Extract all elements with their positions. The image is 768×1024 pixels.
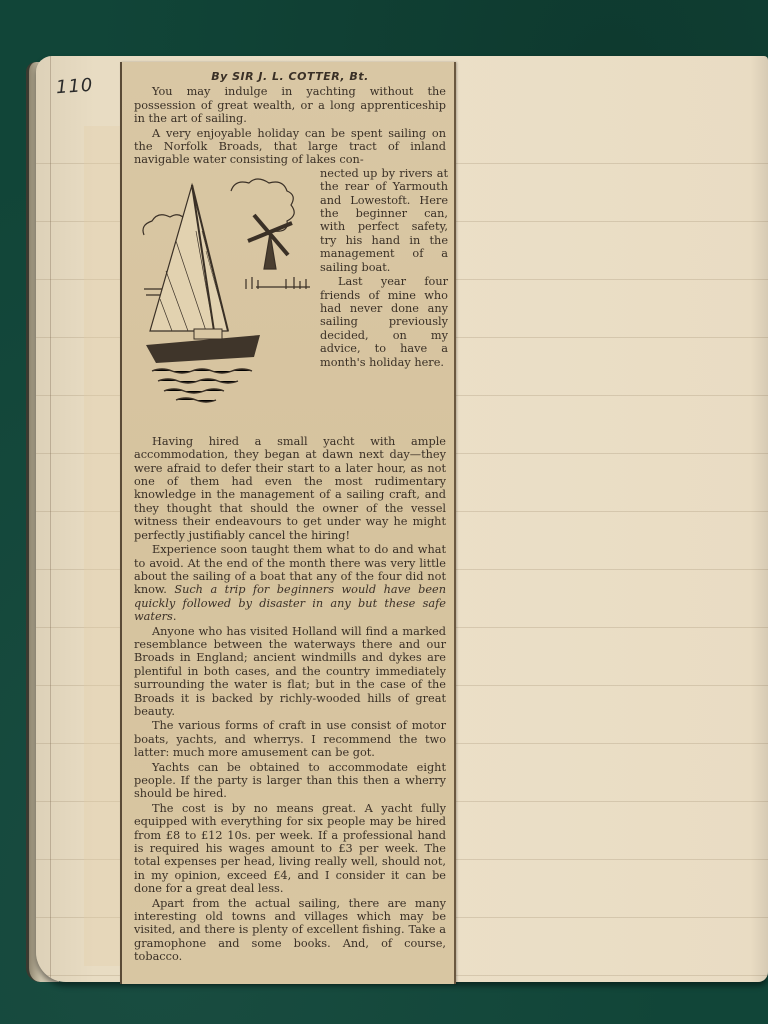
newspaper-clipping: By SIR J. L. COTTER, Bt. You may indulge… xyxy=(120,62,456,984)
paragraph-6: The various forms of craft in use consis… xyxy=(134,719,446,759)
page-edge-shadow xyxy=(750,56,768,982)
paragraph-9: Apart from the actual sailing, there are… xyxy=(134,897,446,964)
paragraph-7: Yachts can be obtained to accommodate ei… xyxy=(134,761,446,801)
intro-paragraph: You may indulge in yachting without the … xyxy=(134,85,446,125)
illustration-block: nected up by rivers at the rear of Yarmo… xyxy=(134,167,446,435)
handwritten-page-number: 110 xyxy=(55,75,94,99)
side-text-column: nected up by rivers at the rear of Yarmo… xyxy=(320,167,448,369)
byline: By SIR J. L. COTTER, Bt. xyxy=(134,70,446,83)
sailing-boat-illustration-icon xyxy=(136,171,314,403)
paragraph-3: Having hired a small yacht with ample ac… xyxy=(134,435,446,542)
paragraph-4-italic: Such a trip for beginners would have bee… xyxy=(134,583,446,623)
margin-line xyxy=(50,56,51,982)
paragraph-1-continued: nected up by rivers at the rear of Yarmo… xyxy=(320,167,448,274)
paragraph-1: A very enjoyable holiday can be spent sa… xyxy=(134,127,446,167)
paragraph-5: Anyone who has visited Holland will find… xyxy=(134,625,446,719)
paragraph-4: Experience soon taught them what to do a… xyxy=(134,543,446,623)
paragraph-8: The cost is by no means great. A yacht f… xyxy=(134,802,446,896)
scrapbook: 110 By SIR J. L. COTTER, Bt. You may ind… xyxy=(26,54,768,988)
paragraph-2: Last year four friends of mine who had n… xyxy=(320,275,448,369)
